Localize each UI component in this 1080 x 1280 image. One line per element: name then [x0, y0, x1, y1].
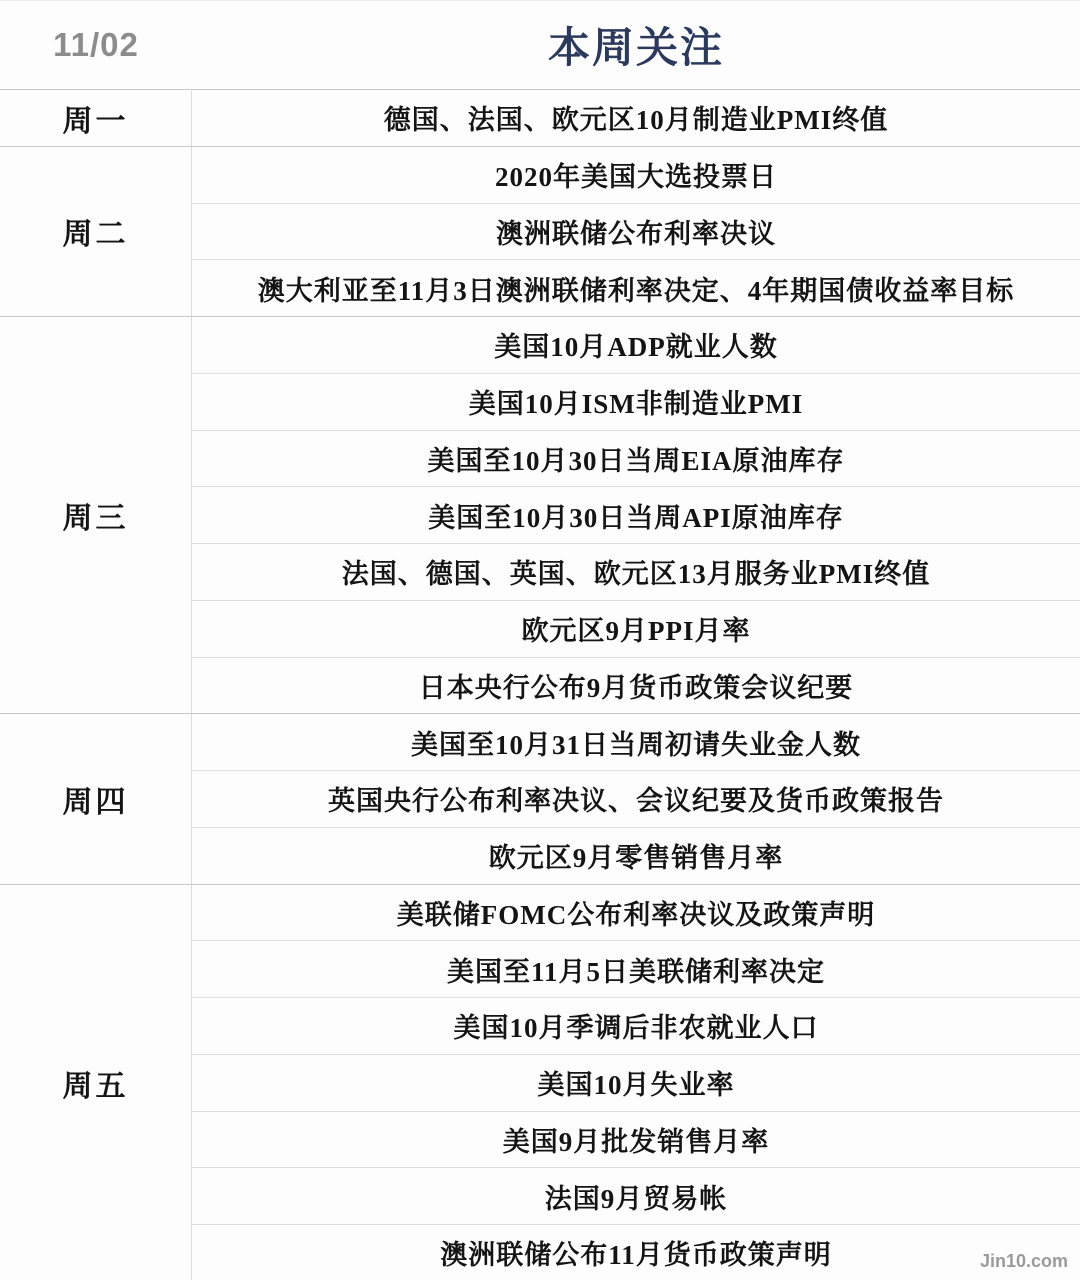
event-cell: 澳洲联储公布11月货币政策声明 [192, 1224, 1080, 1280]
event-cell: 美国10月失业率 [192, 1054, 1080, 1111]
day-cell: 周三 [0, 316, 192, 713]
day-cell: 周四 [0, 713, 192, 883]
event-text: 美联储FOMC公布利率决议及政策声明 [377, 893, 895, 932]
event-cell: 美国至10月30日当周API原油库存 [192, 486, 1080, 543]
event-cell: 英国央行公布利率决议、会议纪要及货币政策报告 [192, 770, 1080, 827]
day-label: 周四 [63, 777, 129, 821]
date-label: 11/02 [0, 26, 192, 64]
event-cell: 德国、法国、欧元区10月制造业PMI终值 [192, 89, 1080, 146]
event-text: 欧元区9月零售销售月率 [469, 836, 804, 875]
event-cell: 欧元区9月PPI月率 [192, 600, 1080, 657]
event-text: 法国9月贸易帐 [525, 1177, 748, 1216]
event-cell: 美国9月批发销售月率 [192, 1111, 1080, 1168]
event-text: 美国10月ADP就业人数 [474, 325, 798, 364]
event-text: 美国9月批发销售月率 [483, 1120, 790, 1159]
event-text: 日本央行公布9月货币政策会议纪要 [399, 666, 874, 705]
event-text: 澳大利亚至11月3日澳洲联储利率决定、4年期国债收益率目标 [238, 269, 1035, 308]
event-text: 美国至10月31日当周初请失业金人数 [391, 723, 881, 762]
event-text: 德国、法国、欧元区10月制造业PMI终值 [364, 98, 908, 137]
calendar-grid: 周一德国、法国、欧元区10月制造业PMI终值周二2020年美国大选投票日澳洲联储… [0, 89, 1080, 1280]
weekly-focus-infographic: 11/02 本周关注 周一德国、法国、欧元区10月制造业PMI终值周二2020年… [0, 0, 1080, 1280]
day-label: 周一 [63, 96, 129, 140]
event-cell: 美国10月ADP就业人数 [192, 316, 1080, 373]
event-cell: 美国至10月31日当周初请失业金人数 [192, 713, 1080, 770]
event-text: 澳洲联储公布11月货币政策声明 [420, 1233, 852, 1272]
page-title: 本周关注 [192, 15, 1080, 75]
event-text: 澳洲联储公布利率决议 [476, 212, 796, 251]
event-cell: 美国10月季调后非农就业人口 [192, 997, 1080, 1054]
day-cell: 周二 [0, 146, 192, 316]
event-cell: 澳大利亚至11月3日澳洲联储利率决定、4年期国债收益率目标 [192, 259, 1080, 316]
header-row: 11/02 本周关注 [0, 1, 1080, 89]
event-cell: 澳洲联储公布利率决议 [192, 203, 1080, 260]
event-text: 美国10月季调后非农就业人口 [434, 1006, 839, 1045]
event-cell: 美国10月ISM非制造业PMI [192, 373, 1080, 430]
event-text: 欧元区9月PPI月率 [502, 609, 771, 648]
day-label: 周二 [63, 209, 129, 253]
event-text: 英国央行公布利率决议、会议纪要及货币政策报告 [308, 779, 964, 818]
event-text: 美国至10月30日当周API原油库存 [408, 496, 864, 535]
event-cell: 美联储FOMC公布利率决议及政策声明 [192, 884, 1080, 941]
day-label: 周五 [63, 1061, 129, 1105]
event-text: 美国至10月30日当周EIA原油库存 [407, 439, 864, 478]
event-cell: 2020年美国大选投票日 [192, 146, 1080, 203]
day-cell: 周五 [0, 884, 192, 1280]
event-text: 美国至11月5日美联储利率决定 [427, 950, 845, 989]
event-text: 法国、德国、英国、欧元区13月服务业PMI终值 [322, 552, 950, 591]
event-cell: 美国至11月5日美联储利率决定 [192, 940, 1080, 997]
event-cell: 日本央行公布9月货币政策会议纪要 [192, 657, 1080, 714]
day-cell: 周一 [0, 89, 192, 146]
event-cell: 法国、德国、英国、欧元区13月服务业PMI终值 [192, 543, 1080, 600]
event-cell: 法国9月贸易帐 [192, 1167, 1080, 1224]
watermark-jin10: Jin10.com [980, 1251, 1068, 1272]
event-cell: 美国至10月30日当周EIA原油库存 [192, 430, 1080, 487]
event-text: 美国10月失业率 [518, 1063, 755, 1102]
event-cell: 欧元区9月零售销售月率 [192, 827, 1080, 884]
event-text: 美国10月ISM非制造业PMI [449, 382, 824, 421]
day-label: 周三 [63, 493, 129, 537]
event-text: 2020年美国大选投票日 [475, 155, 797, 194]
